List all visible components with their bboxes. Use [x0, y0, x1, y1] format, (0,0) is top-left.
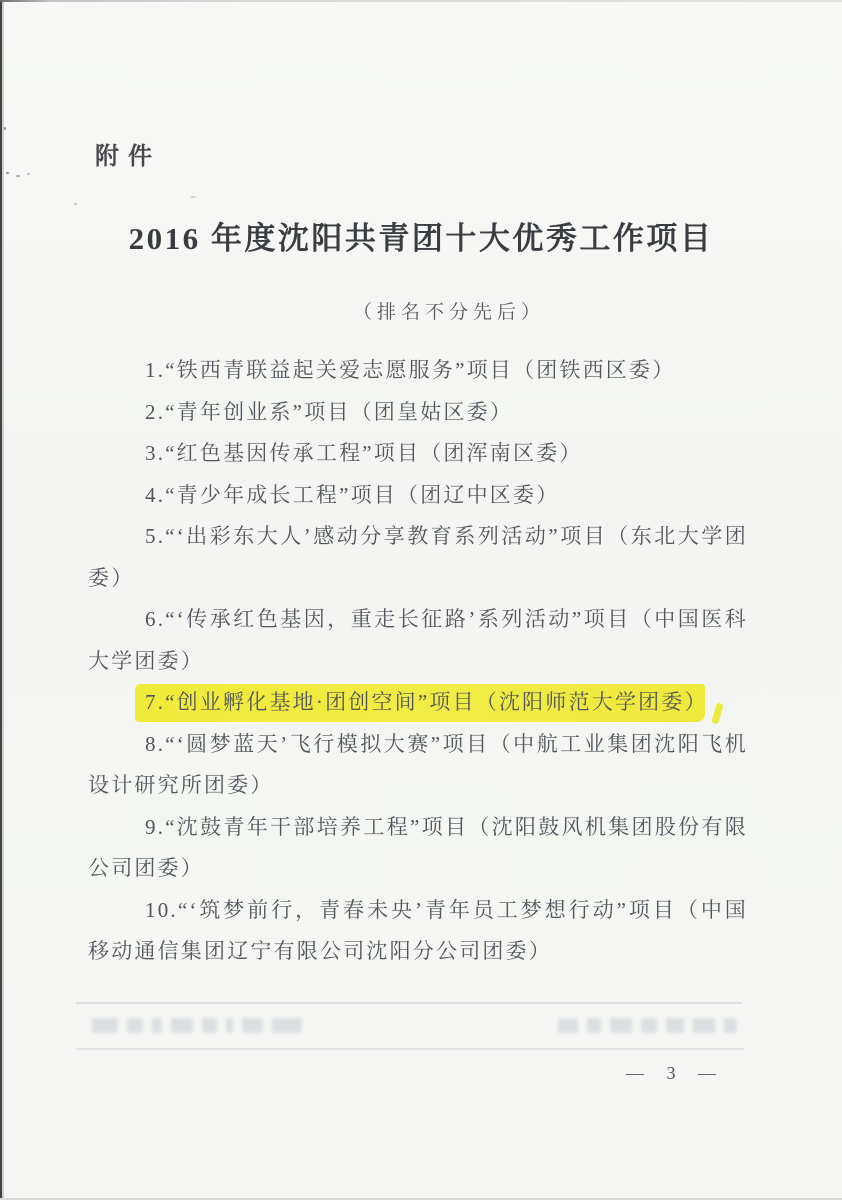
bleed-through-text-left [92, 1014, 302, 1036]
scan-speck [27, 173, 30, 175]
list-item-10: 10.“‘筑梦前行，青春未央’青年员工梦想行动”项目（中国移动通信集团辽宁有限公… [88, 890, 748, 973]
project-list: 1.“铁西青联益起关爱志愿服务”项目（团铁西区委） 2.“青年创业系”项目（团皇… [88, 350, 748, 973]
scan-speck [6, 172, 9, 174]
list-item-7-highlighted: 7.“创业孵化基地·团创空间”项目（沈阳师范大学团委） [88, 682, 748, 724]
list-item-text: 10.“‘筑梦前行，青春未央’青年员工梦想行动”项目（中国移动通信集团辽宁有限公… [88, 898, 748, 964]
list-item-text: 6.“‘传承红色基因，重走长征路’系列活动”项目（中国医科大学团委） [88, 607, 748, 673]
bleed-through-text-right [558, 1014, 737, 1036]
scan-speck [190, 196, 196, 198]
scanned-document-page: 附件 2016 年度沈阳共青团十大优秀工作项目 （排名不分先后） 1.“铁西青联… [0, 0, 842, 1200]
document-subtitle: （排名不分先后） [28, 297, 842, 324]
list-item-3: 3.“红色基因传承工程”项目（团浑南区委） [88, 433, 748, 475]
list-item-5: 5.“‘出彩东大人’感动分享教育系列活动”项目（东北大学团委） [88, 516, 748, 599]
list-item-text: 1.“铁西青联益起关爱志愿服务”项目（团铁西区委） [145, 358, 675, 382]
list-item-text: 8.“‘圆梦蓝天’飞行模拟大赛”项目（中航工业集团沈阳飞机设计研究所团委） [88, 732, 748, 798]
highlight-marker: 7.“创业孵化基地·团创空间”项目（沈阳师范大学团委） [135, 684, 705, 722]
scan-edge-top [0, 0, 842, 2]
list-item-text: 9.“沈鼓青年干部培养工程”项目（沈阳鼓风机集团股份有限公司团委） [88, 815, 748, 881]
scan-speck [74, 203, 77, 205]
list-item-9: 9.“沈鼓青年干部培养工程”项目（沈阳鼓风机集团股份有限公司团委） [88, 807, 748, 890]
list-item-1: 1.“铁西青联益起关爱志愿服务”项目（团铁西区委） [88, 350, 748, 392]
list-item-text: 3.“红色基因传承工程”项目（团浑南区委） [145, 441, 583, 465]
footer-divider-top [76, 1002, 742, 1004]
document-title: 2016 年度沈阳共青团十大优秀工作项目 [0, 213, 842, 258]
footer-divider-bottom [76, 1048, 744, 1050]
page-number: — 3 — [626, 1063, 720, 1084]
list-item-text: 4.“青少年成长工程”项目（团辽中区委） [145, 483, 559, 507]
attachment-label: 附件 [95, 136, 161, 171]
list-item-text: 2.“青年创业系”项目（团皇姑区委） [145, 400, 513, 424]
scan-speck [4, 127, 6, 130]
scan-edge-left-soft [2, 0, 4, 1200]
list-item-6: 6.“‘传承红色基因，重走长征路’系列活动”项目（中国医科大学团委） [88, 599, 748, 682]
scan-speck [16, 175, 20, 177]
list-item-text: 5.“‘出彩东大人’感动分享教育系列活动”项目（东北大学团委） [88, 524, 748, 590]
list-item-2: 2.“青年创业系”项目（团皇姑区委） [88, 392, 748, 434]
list-item-8: 8.“‘圆梦蓝天’飞行模拟大赛”项目（中航工业集团沈阳飞机设计研究所团委） [88, 724, 748, 807]
list-item-4: 4.“青少年成长工程”项目（团辽中区委） [88, 475, 748, 517]
